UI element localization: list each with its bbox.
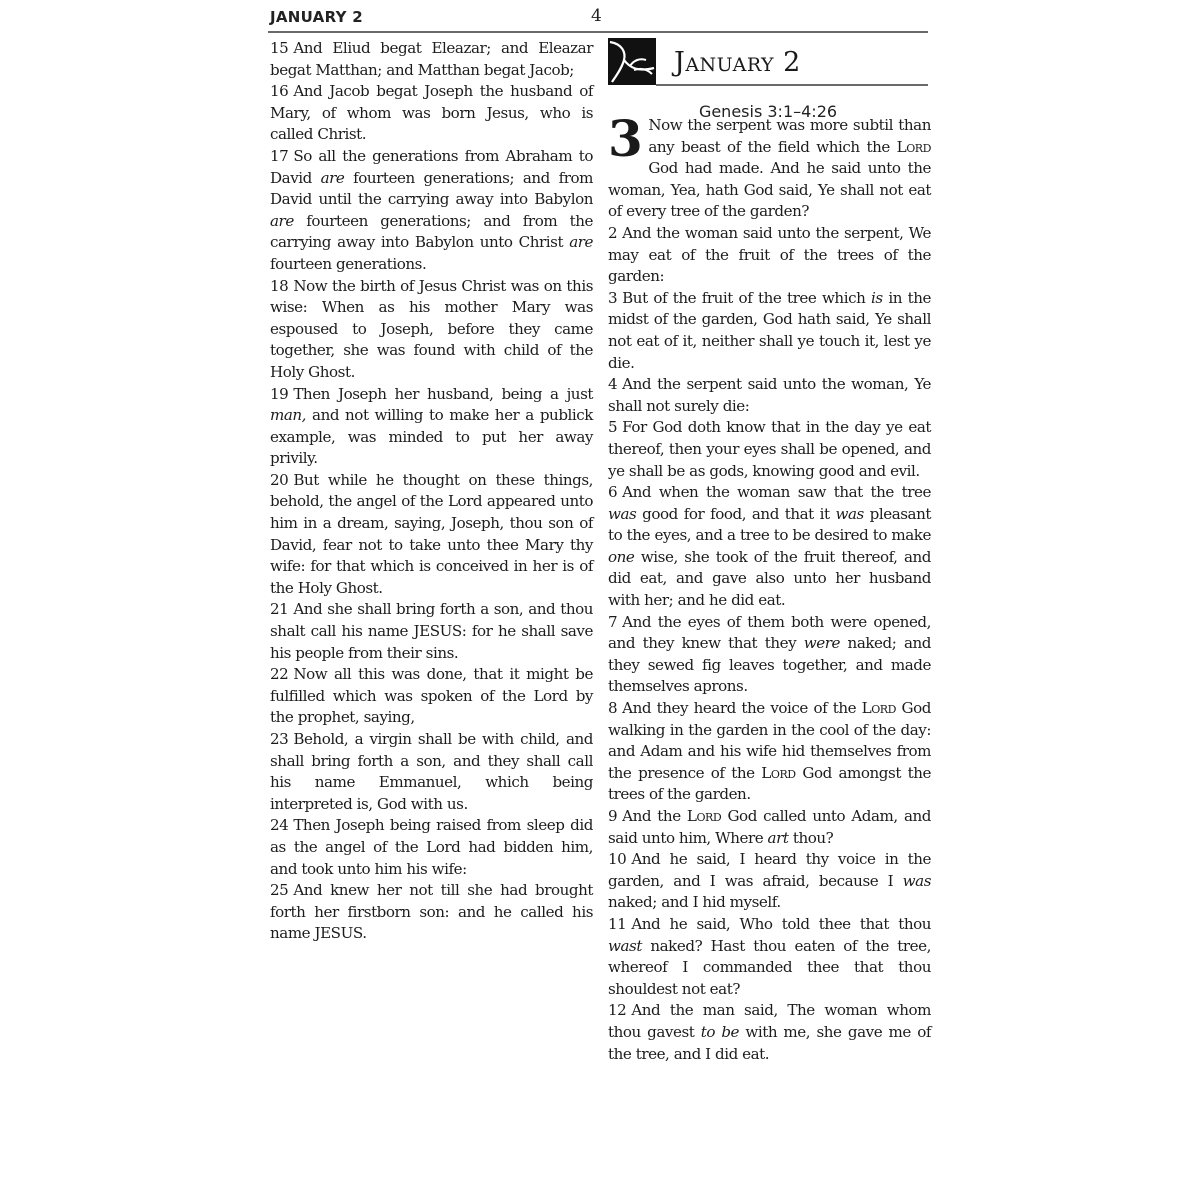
verse-text: Then Joseph being raised from sleep did … (270, 816, 593, 877)
verse-text: wise, she took of the fruit thereof, and… (608, 548, 931, 609)
verse-italic-text: one (608, 548, 634, 566)
verse-number: 7 (608, 613, 617, 631)
verse: 15And Eliud begat Eleazar; and Eleazar b… (270, 38, 593, 81)
verse-italic-text: are (270, 212, 294, 230)
verse-italic-text: art (768, 829, 789, 847)
verse-number: 8 (608, 699, 617, 717)
verse-number: 16 (270, 82, 288, 100)
verse-text: And Jacob begat Joseph the husband of Ma… (270, 82, 593, 143)
page-number: 4 (591, 6, 602, 26)
verse: 2And the woman said unto the serpent, We… (608, 223, 931, 288)
verse-number: 23 (270, 730, 288, 748)
verse-text: Now all this was done, that it might be … (270, 665, 593, 726)
verse-number: 10 (608, 850, 626, 868)
stylized-plant-logo-icon (608, 38, 656, 85)
verse: 7And the eyes of them both were opened, … (608, 612, 931, 698)
verse-italic-text: was (903, 872, 931, 890)
reading-header: January 2 (608, 38, 928, 84)
verse-number: 5 (608, 418, 617, 436)
verse-number: 6 (608, 483, 617, 501)
verse-number: 22 (270, 665, 288, 683)
verse-text: And when the woman saw that the tree (622, 483, 931, 501)
verse-number: 18 (270, 277, 288, 295)
verse: 21And she shall bring forth a son, and t… (270, 599, 593, 664)
verse-italic-text: is (871, 289, 883, 307)
verse-text: thou? (788, 829, 833, 847)
verse-number: 24 (270, 816, 288, 834)
verse-text: God had made. And he said unto the woman… (608, 159, 931, 220)
left-column: 15And Eliud begat Eleazar; and Eleazar b… (270, 38, 593, 945)
verse-number: 9 (608, 807, 617, 825)
verse: 16And Jacob begat Joseph the husband of … (270, 81, 593, 146)
verse-italic-text: are (569, 233, 593, 251)
verse-text: And the (622, 807, 687, 825)
verse-number: 15 (270, 39, 288, 57)
verse: 19Then Joseph her husband, being a just … (270, 384, 593, 470)
verse-number: 21 (270, 600, 288, 618)
verse-italic-text: to be (701, 1023, 739, 1041)
verse-text: naked? Hast thou eaten of the tree, wher… (608, 937, 931, 998)
verse-number: 11 (608, 915, 626, 933)
verse-text: And he said, Who told thee that thou (631, 915, 931, 933)
right-column: 3Now the serpent was more subtil than an… (608, 115, 931, 1065)
verse: 3Now the serpent was more subtil than an… (608, 115, 931, 223)
verse-smallcaps-text: Lord (862, 699, 896, 717)
verse-text: Then Joseph her husband, being a just (293, 385, 593, 403)
verse-smallcaps-text: Lord (761, 764, 795, 782)
verse-text: But while he thought on these things, be… (270, 471, 593, 597)
verse-text: Now the serpent was more subtil than any… (648, 116, 931, 156)
verse: 22Now all this was done, that it might b… (270, 664, 593, 729)
verse-text: good for food, and that it (636, 505, 835, 523)
verse-number: 20 (270, 471, 288, 489)
verse: 3But of the fruit of the tree which is i… (608, 288, 931, 374)
verse-text: fourteen generations; and from the carry… (270, 212, 593, 252)
bible-page: JANUARY 2 4 15And Eliud begat Eleazar; a… (268, 0, 928, 1200)
verse: 5For God doth know that in the day ye ea… (608, 417, 931, 482)
verse-number: 12 (608, 1001, 626, 1019)
verse-text: naked; and I hid myself. (608, 893, 781, 911)
verse: 4And the serpent said unto the woman, Ye… (608, 374, 931, 417)
verse-number: 19 (270, 385, 288, 403)
verse-text: For God doth know that in the day ye eat… (608, 418, 931, 479)
verse-number: 25 (270, 881, 288, 899)
header-rule (268, 31, 928, 33)
verse-text: Now the birth of Jesus Christ was on thi… (270, 277, 593, 381)
verse-italic-text: was (835, 505, 863, 523)
verse-italic-text: were (804, 634, 840, 652)
verse-italic-text: are (321, 169, 345, 187)
day-title-rule (656, 84, 928, 86)
day-title: January 2 (674, 48, 801, 78)
verse: 9And the Lord God called unto Adam, and … (608, 806, 931, 849)
verse: 18Now the birth of Jesus Christ was on t… (270, 276, 593, 384)
verse: 23Behold, a virgin shall be with child, … (270, 729, 593, 815)
verse-text: and not willing to make her a publick ex… (270, 406, 593, 467)
verse-number: 4 (608, 375, 617, 393)
verse-number: 3 (608, 289, 617, 307)
verse-text: fourteen generations. (270, 255, 426, 273)
verse-text: Behold, a virgin shall be with child, an… (270, 730, 593, 813)
verse-text: But of the fruit of the tree which (622, 289, 871, 307)
verse-smallcaps-text: Lord (687, 807, 721, 825)
verse-italic-text: man, (270, 406, 306, 424)
verse-text: And she shall bring forth a son, and tho… (270, 600, 593, 661)
verse-italic-text: wast (608, 937, 642, 955)
verse-smallcaps-text: Lord (897, 138, 931, 156)
verse: 24Then Joseph being raised from sleep di… (270, 815, 593, 880)
verse-text: And the woman said unto the serpent, We … (608, 224, 931, 285)
verse: 25And knew her not till she had brought … (270, 880, 593, 945)
verse: 6And when the woman saw that the tree wa… (608, 482, 931, 612)
verse-text: And they heard the voice of the (622, 699, 862, 717)
verse-italic-text: was (608, 505, 636, 523)
verse-number: 2 (608, 224, 617, 242)
running-head-title: JANUARY 2 (270, 8, 363, 26)
verse-text: And knew her not till she had brought fo… (270, 881, 593, 942)
verse-number: 17 (270, 147, 288, 165)
chapter-dropcap: 3 (608, 119, 642, 159)
verse: 11And he said, Who told thee that thou w… (608, 914, 931, 1000)
verse-text: And he said, I heard thy voice in the ga… (608, 850, 931, 890)
verse: 10And he said, I heard thy voice in the … (608, 849, 931, 914)
verse-text: And the serpent said unto the woman, Ye … (608, 375, 931, 415)
verse: 12And the man said, The woman whom thou … (608, 1000, 931, 1065)
running-head: JANUARY 2 4 (268, 6, 928, 28)
verse-text: And Eliud begat Eleazar; and Eleazar beg… (270, 39, 593, 79)
verse: 17So all the generations from Abraham to… (270, 146, 593, 276)
verse: 20But while he thought on these things, … (270, 470, 593, 600)
verse: 8And they heard the voice of the Lord Go… (608, 698, 931, 806)
